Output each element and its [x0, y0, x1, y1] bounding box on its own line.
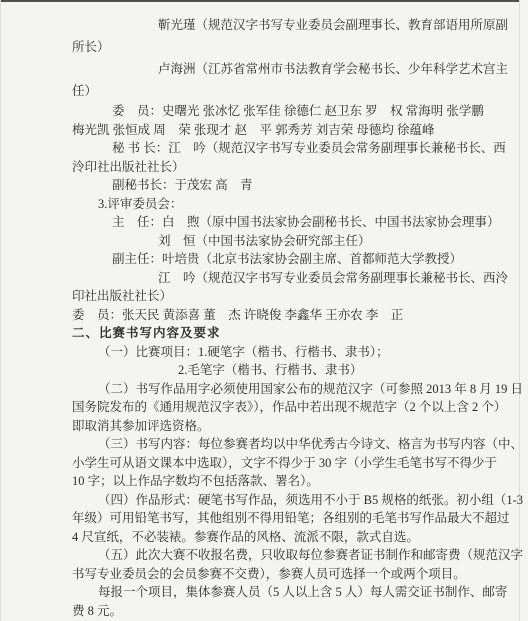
text-line: 书写专业委员会的会员参赛不交费），参赛人员可选择一个或两个项目。	[72, 565, 508, 584]
text-line: 副主任：叶培贵（北京书法家协会副主席、首都师范大学教授）	[72, 250, 508, 269]
text-line: （三）书写内容：每位参赛者均以中华优秀古今诗文、格言为书写内容（中、	[72, 435, 508, 454]
text-line: 江 吟（规范汉字书写专业委员会常务副理事长兼秘书长、西泠	[72, 269, 508, 288]
text-line: 3.评审委员会：	[72, 195, 508, 214]
text-line: 印社出版社社长）	[72, 287, 508, 306]
text-line: （二）书写作品用字必须使用国家公布的规范汉字（可参照 2013 年 8 月 19…	[72, 380, 508, 399]
text-line: 靳光瑾（规范汉字书写专业委员会副理事长、教育部语用所原副	[72, 14, 508, 36]
text-line: 年级）可用铅笔书写，其他组别不得用铅笔；各组别的毛笔书写作品最大不超过	[72, 509, 508, 528]
text-line: 委 员：张天民 黄添喜 董 杰 许晓俊 李鑫华 王亦农 李 正	[72, 306, 508, 325]
text-line: 泠印社出版社社长）	[72, 158, 508, 177]
text-line: 刘 恒（中国书法家协会研究部主任）	[72, 232, 508, 251]
text-line: 国务院发布的《通用规范汉字表》），作品中若出现不规范字（2 个以上含 2 个）	[72, 398, 508, 417]
document-body: 靳光瑾（规范汉字书写专业委员会副理事长、教育部语用所原副所长）卢海洲（江苏省常州…	[0, 0, 528, 620]
text-line: 10 字；以上作品字数均不包括落款、署名）。	[72, 472, 508, 491]
text-line: 小学生可从语文课本中选取），文字不得少于 30 字（小学生毛笔书写不得少于	[72, 454, 508, 473]
text-line: 费 8 元。	[72, 602, 508, 621]
text-line: 二、比赛书写内容及要求	[72, 324, 508, 343]
text-line: 所长）	[72, 36, 508, 58]
scanned-page: 靳光瑾（规范汉字书写专业委员会副理事长、教育部语用所原副所长）卢海洲（江苏省常州…	[0, 0, 528, 621]
text-line: 委 员：史曙光 张冰忆 张军佳 徐德仁 赵卫东 罗 权 常海明 张学鹏	[72, 102, 508, 121]
text-line: 每报一个项目，集体参赛人员（5 人以上含 5 人）每人需交证书制作、邮寄	[72, 583, 508, 602]
text-line: 卢海洲（江苏省常州市书法教育学会秘书长、少年科学艺术宫主	[72, 58, 508, 80]
text-line: 梅光凯 张恒成 周 荣 张现才 赵 平 郭秀芳 刘吉荣 母德均 徐蕴峰	[72, 121, 508, 140]
text-line: 秘 书 长：江 吟（规范汉字书写专业委员会常务副理事长兼秘书长、西	[72, 139, 508, 158]
text-line: 副秘书长：于茂宏 高 青	[72, 176, 508, 195]
text-line: （一）比赛项目：1.硬笔字（楷书、行楷书、隶书）；	[72, 343, 508, 362]
text-line: （四）作品形式：硬笔书写作品，须选用不小于 B5 规格的纸张。初小组（1-3	[72, 491, 508, 510]
text-line: （五）此次大赛不收报名费，只收取每位参赛者证书制作和邮寄费（规范汉字	[72, 546, 508, 565]
text-line: 任）	[72, 80, 508, 102]
text-line: 主 任：白 煦（原中国书法家协会副秘书长、中国书法家协会理事）	[72, 213, 508, 232]
text-line: 4 尺宣纸，不必装裱。参赛作品的风格、流派不限，款式自选。	[72, 528, 508, 547]
text-line: 即取消其参加评选资格。	[72, 417, 508, 436]
text-line: 2.毛笔字（楷书、行楷书、隶书）	[72, 361, 508, 380]
